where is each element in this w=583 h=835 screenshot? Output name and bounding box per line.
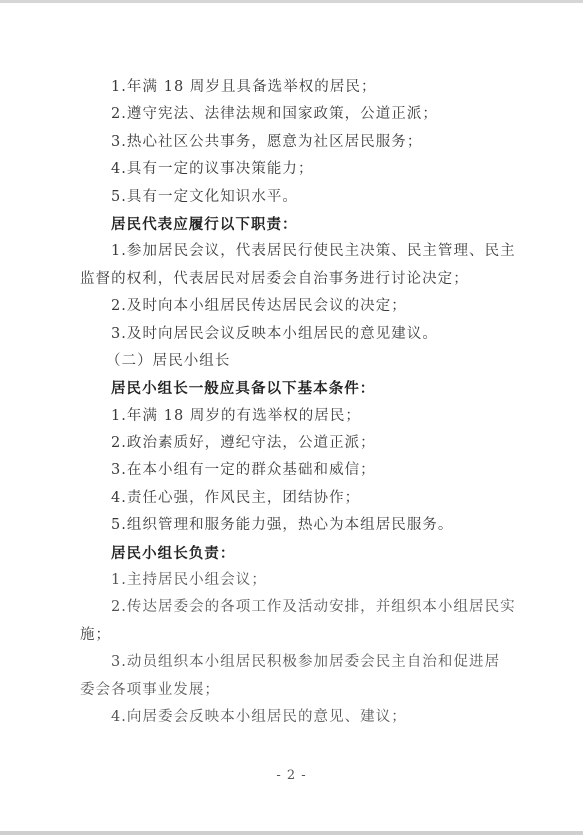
- duty-item-1-continuation: 监督的权利，代表居民对居委会自治事务进行讨论决定；: [80, 266, 520, 293]
- duty-item-3: 3.及时向居民会议反映本小组居民的意见建议。: [80, 321, 520, 348]
- top-border: [0, 0, 583, 3]
- condition-item-4: 4.责任心强，作风民主，团结协作；: [80, 485, 520, 512]
- responsibility-item-3-continuation: 委会各项事业发展；: [80, 677, 520, 704]
- bottom-border: [0, 831, 583, 835]
- responsibility-item-1: 1.主持居民小组会议；: [80, 567, 520, 594]
- section-heading-leader-conditions: 居民小组长一般应具备以下基本条件：: [80, 375, 520, 402]
- page-number: - 2 -: [0, 768, 583, 783]
- condition-item-5: 5.组织管理和服务能力强，热心为本组居民服务。: [80, 512, 520, 539]
- section-heading-leader-responsibilities: 居民小组长负责：: [80, 540, 520, 567]
- document-page-body: 1.年满 18 周岁且具备选举权的居民； 2.遵守宪法、法律法规和国家政策，公道…: [80, 74, 520, 731]
- responsibility-item-3: 3.动员组织本小组居民积极参加居委会民主自治和促进居: [80, 649, 520, 676]
- subsection-title-group-leader: （二）居民小组长: [80, 348, 520, 375]
- qualification-item-3: 3.热心社区公共事务，愿意为社区居民服务；: [80, 129, 520, 156]
- qualification-item-4: 4.具有一定的议事决策能力；: [80, 156, 520, 183]
- qualification-item-5: 5.具有一定文化知识水平。: [80, 184, 520, 211]
- responsibility-item-2: 2.传达居委会的各项工作及活动安排，并组织本小组居民实: [80, 594, 520, 621]
- duty-item-1: 1.参加居民会议，代表居民行使民主决策、民主管理、民主: [80, 238, 520, 265]
- qualification-item-2: 2.遵守宪法、法律法规和国家政策，公道正派；: [80, 101, 520, 128]
- condition-item-2: 2.政治素质好，遵纪守法，公道正派；: [80, 430, 520, 457]
- duty-item-2: 2.及时向本小组居民传达居民会议的决定；: [80, 293, 520, 320]
- condition-item-3: 3.在本小组有一定的群众基础和威信；: [80, 457, 520, 484]
- responsibility-item-4: 4.向居委会反映本小组居民的意见、建议；: [80, 704, 520, 731]
- condition-item-1: 1.年满 18 周岁的有选举权的居民；: [80, 403, 520, 430]
- section-heading-representative-duties: 居民代表应履行以下职责：: [80, 211, 520, 238]
- responsibility-item-2-continuation: 施；: [80, 622, 520, 649]
- qualification-item-1: 1.年满 18 周岁且具备选举权的居民；: [80, 74, 520, 101]
